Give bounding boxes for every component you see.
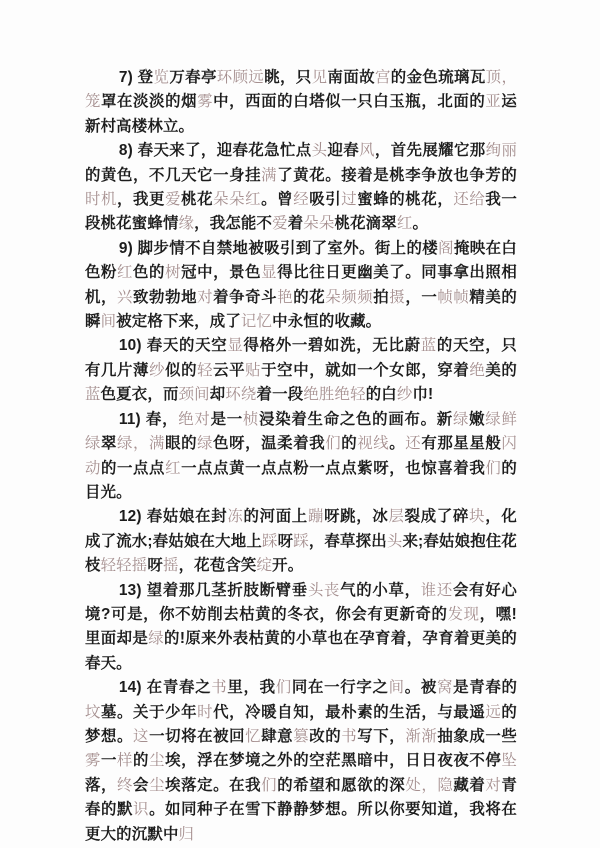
body-text: 中，西面的白塔似一只白玉瓶，北面的 bbox=[213, 93, 485, 110]
body-text: 翠 bbox=[101, 435, 117, 452]
body-text: 肆意 bbox=[261, 728, 293, 745]
light-ocr-text: 发现 bbox=[448, 606, 480, 623]
body-text: 眺，只 bbox=[264, 69, 311, 86]
light-ocr-text: 尘 bbox=[149, 777, 165, 794]
body-text: 了黄花。接着是桃李争放也争芳的 bbox=[277, 167, 517, 184]
body-text: 代，冷暖自知，最朴素的生活，与最遥 bbox=[213, 704, 485, 721]
body-text: 10) 春天的天空 bbox=[119, 337, 227, 354]
paragraph-12: 12) 春姑娘在封冻的河面上蹦呀跳，冰层裂成了碎块，化成了流水;春姑娘在大地上踩… bbox=[85, 505, 517, 578]
body-text: 裂成了碎 bbox=[405, 508, 469, 525]
light-ocr-text: 还 bbox=[405, 435, 421, 452]
body-text: 埃，浮在梦境之外的空茫黑暗中，日日夜夜不停 bbox=[165, 752, 501, 769]
body-text: 中永恒的收藏。 bbox=[272, 313, 381, 330]
light-ocr-text: 轻 bbox=[197, 362, 213, 379]
body-text: 呀跳，冰 bbox=[324, 508, 388, 525]
light-ocr-text: 红 bbox=[165, 460, 181, 477]
body-text: 罩在淡淡的烟 bbox=[101, 93, 197, 110]
light-ocr-text: 过 bbox=[341, 191, 357, 208]
body-text: 拍 bbox=[373, 289, 389, 306]
light-ocr-text: 亚 bbox=[485, 93, 501, 110]
document-page: 7) 登览万春亭环顾远眺，只见南面故宫的金色琉璃瓦顶，笼罩在淡淡的烟雾中，西面的… bbox=[0, 0, 600, 848]
light-ocr-text: 宫 bbox=[375, 69, 391, 86]
light-ocr-text: 书 bbox=[341, 728, 357, 745]
light-ocr-text: 终 bbox=[117, 777, 133, 794]
light-ocr-text: 们 bbox=[325, 435, 341, 452]
light-ocr-text: 颈间 bbox=[179, 386, 210, 403]
body-text: 落， bbox=[85, 777, 117, 794]
light-ocr-text: 纱 bbox=[149, 362, 165, 379]
body-text: 致勃勃地 bbox=[133, 289, 197, 306]
light-ocr-text: 桢 bbox=[243, 411, 259, 428]
body-text: 南面故 bbox=[328, 69, 375, 86]
light-ocr-text: 雾 bbox=[85, 752, 101, 769]
body-text: ，花苞含笑 bbox=[179, 557, 257, 574]
body-text: 8) 春天来了，迎春花急忙点 bbox=[119, 142, 312, 159]
body-text: 改的 bbox=[309, 728, 341, 745]
body-text: 嫩 bbox=[469, 411, 485, 428]
light-ocr-text: 环绕 bbox=[225, 386, 256, 403]
body-text: 蜜蜂的桃花， bbox=[357, 191, 453, 208]
light-ocr-text: 们 bbox=[485, 460, 501, 477]
body-text: 的黄色，不几天它一身挂 bbox=[85, 167, 261, 184]
body-text: 一点点黄一点点粉一点点紫呀，也惊喜着我 bbox=[181, 460, 485, 477]
paragraph-14: 14) 在青春之书里，我们同在一行字之间。被窝是青春的坟墓。关于少年时代，冷暖自… bbox=[85, 676, 517, 847]
body-text: 色的 bbox=[133, 264, 165, 281]
paragraph-list: 7) 登览万春亭环顾远眺，只见南面故宫的金色琉璃瓦顶，笼罩在淡淡的烟雾中，西面的… bbox=[85, 66, 517, 847]
light-ocr-text: 雾 bbox=[197, 93, 213, 110]
body-text: 似的 bbox=[165, 362, 197, 379]
light-ocr-text: 绝胜绝轻 bbox=[303, 386, 365, 403]
body-text: 会 bbox=[133, 777, 149, 794]
body-text: 的花 bbox=[293, 289, 325, 306]
light-ocr-text: 间 bbox=[389, 679, 405, 696]
body-text: 是一 bbox=[211, 411, 243, 428]
light-ocr-text: 风 bbox=[359, 142, 375, 159]
light-ocr-text: 蹦 bbox=[308, 508, 324, 525]
body-text: 美的 bbox=[485, 362, 517, 379]
light-ocr-text: 树 bbox=[165, 264, 181, 281]
light-ocr-text: 绿 bbox=[197, 435, 213, 452]
body-text: 写下， bbox=[357, 728, 405, 745]
body-text: 13) 望着那几茎折肢断臂垂 bbox=[119, 582, 308, 599]
light-ocr-text: 识 bbox=[133, 801, 149, 818]
light-ocr-text: 篡 bbox=[293, 728, 309, 745]
light-ocr-text: 忆 bbox=[245, 728, 261, 745]
paragraph-8: 8) 春天来了，迎春花急忙点头迎春风，首先展耀它那绚丽的黄色，不几天它一身挂满了… bbox=[85, 139, 517, 237]
light-ocr-text: 尘 bbox=[149, 752, 165, 769]
light-ocr-text: 绿，满 bbox=[117, 435, 165, 452]
body-text: 气的小草， bbox=[340, 582, 421, 599]
body-text: 桃花 bbox=[181, 191, 213, 208]
light-ocr-text: 们 bbox=[276, 679, 292, 696]
body-text: 却 bbox=[210, 386, 226, 403]
body-text: 开。 bbox=[272, 557, 303, 574]
light-ocr-text: 红 bbox=[397, 215, 413, 232]
light-ocr-text: 时机 bbox=[85, 191, 117, 208]
light-ocr-text: 显 bbox=[227, 337, 243, 354]
body-text: 的 bbox=[133, 752, 149, 769]
light-ocr-text: 处，隐 bbox=[405, 777, 453, 794]
light-ocr-text: 朵频频 bbox=[325, 289, 373, 306]
light-ocr-text: 绝 bbox=[469, 362, 485, 379]
body-text: 一切将在被回 bbox=[149, 728, 245, 745]
body-text: 。被 bbox=[405, 679, 437, 696]
light-ocr-text: 绝对 bbox=[178, 411, 210, 428]
light-ocr-text: 对 bbox=[197, 289, 213, 306]
body-text: 埃落定。在我 bbox=[165, 777, 261, 794]
light-ocr-text: 显 bbox=[261, 264, 277, 281]
light-ocr-text: 这 bbox=[133, 728, 149, 745]
body-text: ，首先展耀它那 bbox=[375, 142, 486, 159]
light-ocr-text: 绿 bbox=[453, 411, 469, 428]
paragraph-9: 9) 脚步情不自禁地被吸引到了室外。街上的楼阁掩映在白色粉红色的树冠中，景色显得… bbox=[85, 237, 517, 335]
light-ocr-text: 远 bbox=[485, 704, 501, 721]
body-text: 。 bbox=[389, 435, 405, 452]
body-text: 的 bbox=[341, 435, 357, 452]
body-text: 色夏衣，而 bbox=[101, 386, 179, 403]
body-text: 着 bbox=[288, 215, 304, 232]
light-ocr-text: 记忆 bbox=[241, 313, 272, 330]
light-ocr-text: 样 bbox=[117, 752, 133, 769]
body-text: 浸染着生命之色的画布。新 bbox=[259, 411, 453, 428]
body-text: 于空中，就如一个女郎，穿着 bbox=[261, 362, 469, 379]
light-ocr-text: 经 bbox=[293, 191, 309, 208]
light-ocr-text: 谁还 bbox=[421, 582, 453, 599]
body-text: 14) 在青春之 bbox=[119, 679, 211, 696]
light-ocr-text: 蓝 bbox=[85, 386, 101, 403]
body-text: 墓。关于少年 bbox=[101, 704, 197, 721]
body-text: 冠中，景色 bbox=[181, 264, 261, 281]
body-text: ，我更 bbox=[117, 191, 165, 208]
body-text: 抽象成一些 bbox=[437, 728, 517, 745]
light-ocr-text: 冻 bbox=[227, 508, 243, 525]
body-text: 。 bbox=[412, 215, 428, 232]
body-text: 的金色琉璃瓦 bbox=[391, 69, 486, 86]
light-ocr-text: 阁 bbox=[438, 240, 454, 257]
body-text: 被定格下来，成了 bbox=[116, 313, 241, 330]
light-ocr-text: 们 bbox=[261, 777, 277, 794]
body-text: 着争奇斗 bbox=[213, 289, 277, 306]
light-ocr-text: 见 bbox=[312, 69, 328, 86]
light-ocr-text: 踩 bbox=[293, 533, 309, 550]
body-text: 是青春的 bbox=[453, 679, 517, 696]
body-text: 万春亭 bbox=[169, 69, 216, 86]
light-ocr-text: 归 bbox=[179, 826, 195, 843]
body-text: 着一段 bbox=[257, 386, 304, 403]
body-text: ，我怎能不 bbox=[194, 215, 272, 232]
body-text: 7) 登 bbox=[119, 69, 154, 86]
light-ocr-text: 缘 bbox=[179, 215, 195, 232]
body-text: 11) 春， bbox=[119, 411, 178, 428]
light-ocr-text: 纱 bbox=[397, 386, 413, 403]
paragraph-13: 13) 望着那几茎折肢断臂垂头丧气的小草，谁还会有好心境?可是，你不妨削去枯黄的… bbox=[85, 579, 517, 677]
light-ocr-text: 蓝 bbox=[421, 337, 437, 354]
light-ocr-text: 环顾远 bbox=[217, 69, 264, 86]
light-ocr-text: 帧帧 bbox=[437, 289, 469, 306]
body-text: 迎春 bbox=[327, 142, 359, 159]
light-ocr-text: 轻轻摇 bbox=[101, 557, 148, 574]
body-text: 藏着 bbox=[453, 777, 485, 794]
body-text: 的一点点 bbox=[101, 460, 165, 477]
light-ocr-text: 摄 bbox=[389, 289, 405, 306]
light-ocr-text: 爱 bbox=[272, 215, 288, 232]
body-text: 9) 脚步情不自禁地被吸引到了室外。街上的楼 bbox=[119, 240, 438, 257]
body-text: 色呀，温柔着我 bbox=[213, 435, 325, 452]
paragraph-10: 10) 春天的天空显得格外一碧如洗，无比蔚蓝的天空，只有几片薄纱似的轻云平贴于空… bbox=[85, 334, 517, 407]
body-text: 一 bbox=[101, 752, 117, 769]
light-ocr-text: 视线 bbox=[357, 435, 389, 452]
light-ocr-text: 红 bbox=[117, 264, 133, 281]
body-text: 12) 春姑娘在封 bbox=[119, 508, 227, 525]
light-ocr-text: 朵朵红 bbox=[213, 191, 261, 208]
light-ocr-text: 对 bbox=[485, 777, 501, 794]
light-ocr-text: 头 bbox=[387, 533, 403, 550]
body-text: 的河面上 bbox=[243, 508, 307, 525]
light-ocr-text: 摇 bbox=[163, 557, 179, 574]
body-text: 巾! bbox=[412, 386, 433, 403]
light-ocr-text: 时 bbox=[197, 704, 213, 721]
paragraph-7: 7) 登览万春亭环顾远眺，只见南面故宫的金色琉璃瓦顶，笼罩在淡淡的烟雾中，西面的… bbox=[85, 66, 517, 139]
light-ocr-text: 绽 bbox=[257, 557, 273, 574]
light-ocr-text: 览 bbox=[153, 69, 169, 86]
body-text: 的白 bbox=[366, 386, 397, 403]
body-text: 呀 bbox=[278, 533, 294, 550]
body-text: 桃花滴翠 bbox=[334, 215, 396, 232]
paragraph-11: 11) 春，绝对是一桢浸染着生命之色的画布。新绿嫩绿鲜绿翠绿，满眼的绿色呀，温柔… bbox=[85, 408, 517, 506]
light-ocr-text: 坠 bbox=[501, 752, 517, 769]
body-text: 。曾 bbox=[261, 191, 293, 208]
light-ocr-text: 爱 bbox=[165, 191, 181, 208]
light-ocr-text: 踩 bbox=[262, 533, 278, 550]
light-ocr-text: 块 bbox=[469, 508, 485, 525]
body-text: 同在一行字之 bbox=[292, 679, 389, 696]
light-ocr-text: 满 bbox=[261, 167, 277, 184]
body-text: 眼的 bbox=[165, 435, 197, 452]
light-ocr-text: 层 bbox=[389, 508, 405, 525]
light-ocr-text: 绚丽 bbox=[486, 142, 517, 159]
body-text: 得格外一碧如洗，无比蔚 bbox=[243, 337, 420, 354]
light-ocr-text: 坟 bbox=[85, 704, 101, 721]
light-ocr-text: 贴 bbox=[245, 362, 261, 379]
light-ocr-text: 渐渐 bbox=[405, 728, 437, 745]
body-text: 云平 bbox=[213, 362, 245, 379]
body-text: 里，我 bbox=[227, 679, 275, 696]
light-ocr-text: 窝 bbox=[437, 679, 453, 696]
light-ocr-text: 绿 bbox=[148, 630, 164, 647]
light-ocr-text: 书 bbox=[211, 679, 227, 696]
light-ocr-text: 间 bbox=[101, 313, 117, 330]
light-ocr-text: 头丧 bbox=[308, 582, 340, 599]
light-ocr-text: 兴 bbox=[117, 289, 133, 306]
light-ocr-text: 艳 bbox=[277, 289, 293, 306]
body-text: 有那星星般 bbox=[421, 435, 501, 452]
body-text: ，春草探出 bbox=[309, 533, 387, 550]
body-text: 。如同种子在雪下静静梦想。所以你要知道，我将在更大的沉默中 bbox=[85, 801, 517, 842]
body-text: 的希望和愿欲的深 bbox=[277, 777, 405, 794]
light-ocr-text: 还给 bbox=[453, 191, 485, 208]
body-text: ，一 bbox=[405, 289, 437, 306]
body-text: 吸引 bbox=[309, 191, 341, 208]
body-text: 呀 bbox=[147, 557, 163, 574]
light-ocr-text: 朵朵 bbox=[303, 215, 334, 232]
light-ocr-text: 头 bbox=[312, 142, 328, 159]
